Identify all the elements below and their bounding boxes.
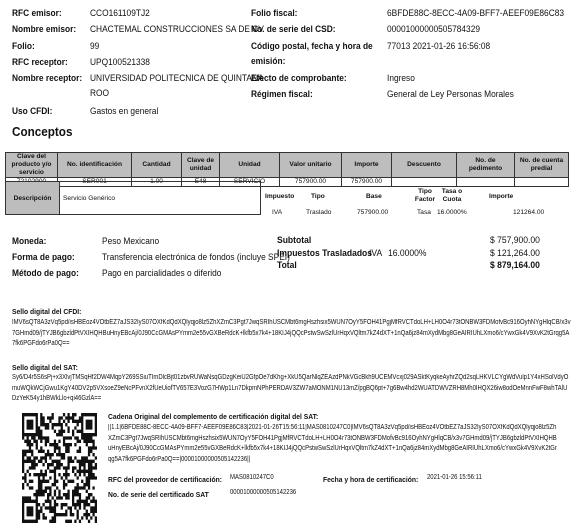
descripcion-label: Descripción (6, 182, 60, 214)
rfc-emisor-value: CCO161109TJ2 (90, 8, 150, 19)
sello-cfdi-label: Sello digital del CFDI: (12, 307, 81, 316)
folio-value: 99 (90, 41, 99, 52)
qr-code-icon (22, 413, 97, 523)
imp-h-base: Base (366, 193, 382, 200)
cell-cuenta-predial (515, 178, 569, 187)
imp-tipo: Traslado (306, 209, 331, 216)
rfc-emisor-label: RFC emisor: (12, 8, 62, 19)
sello-cfdi-value: IMV6sQT8A3zVq5pd/isHBEoz4VOtbEZ7aJS32IyS… (12, 318, 571, 350)
serie-csd-label: No. de serie del CSD: (251, 24, 336, 35)
imp-impuesto: IVA (272, 209, 282, 216)
imp-base: 757900.00 (357, 209, 388, 216)
impuestos-value: $ 121,264.00 (490, 248, 540, 259)
regimen-label: Régimen fiscal: (251, 89, 313, 100)
folio-label: Folio: (12, 41, 35, 52)
subtotal-value: $ 757,900.00 (490, 235, 540, 246)
nombre-receptor-value-line2: ROO (90, 88, 109, 99)
col-no-pedimento: No. de pedimento (457, 153, 515, 178)
imp-h-impuesto: Impuesto (265, 193, 294, 200)
imp-h-importe: Importe (489, 193, 513, 200)
subtotal-label: Subtotal (277, 235, 311, 246)
col-importe: Importe (342, 153, 392, 178)
cell-no-pedimento (457, 178, 515, 187)
nombre-receptor-value: UNIVERSIDAD POLITECNICA DE QUINTANA (90, 73, 264, 84)
col-valor-unitario: Valor unitario (280, 153, 342, 178)
descripcion-value: Servicio Genérico (63, 182, 115, 214)
cadena-original-label: Cadena Original del complemento de certi… (108, 412, 318, 421)
nombre-emisor-label: Nombre emisor: (12, 24, 76, 35)
uso-cfdi-label: Uso CFDI: (12, 106, 52, 117)
imp-h-tipo: Tipo (311, 193, 325, 200)
cell-importe: 757900.00 (342, 178, 392, 187)
forma-pago-value: Transferencia electrónica de fondos (inc… (102, 252, 290, 263)
serie-csd-value: 00001000000505784329 (387, 24, 480, 35)
imp-h-tipo-factor: Tipo Factor (414, 188, 436, 204)
impuestos-tasa: 16.0000% (388, 248, 427, 259)
cell-valor-unitario: 757900.00 (280, 178, 342, 187)
rfc-receptor-label: RFC receptor: (12, 57, 68, 68)
efecto-value: Ingreso (387, 73, 415, 84)
moneda-label: Moneda: (12, 236, 46, 247)
metodo-pago-label: Método de pago: (12, 268, 79, 279)
nombre-receptor-label: Nombre receptor: (12, 73, 82, 84)
total-value: $ 879,164.00 (490, 260, 540, 271)
nombre-emisor-value: CHACTEMAL CONSTRUCCIONES SA DE CV (90, 24, 264, 35)
col-unidad: Unidad (220, 153, 280, 178)
col-no-identificacion: No. identificación (58, 153, 132, 178)
rfc-proveedor-label: RFC del proveedor de certificación: (108, 475, 222, 484)
imp-tasa: 16.0000% (437, 209, 467, 216)
uso-cfdi-value: Gastos en general (90, 106, 158, 117)
impuestos-label: Impuestos Trasladados (277, 248, 372, 259)
impuestos-tipo: IVA (369, 248, 382, 259)
moneda-value: Peso Mexicano (102, 236, 159, 247)
imp-h-tasa: Tasa o Cuota (438, 188, 466, 204)
folio-fiscal-value: 6BFDE88C-8ECC-4A09-BFF7-AEEF09E86C83 (387, 8, 564, 19)
sello-sat-label: Sello digital del SAT: (12, 363, 78, 372)
regimen-value: General de Ley Personas Morales (387, 89, 514, 100)
fecha-certificacion-label: Fecha y hora de certificación: (323, 475, 418, 484)
descripcion-box: Descripción Servicio Genérico (5, 181, 261, 215)
cp-fecha-label-line2: emisión: (251, 56, 285, 67)
conceptos-header-row: Clave del producto y/o servicio No. iden… (6, 153, 569, 178)
col-clave-producto: Clave del producto y/o servicio (6, 153, 58, 178)
imp-tipo-factor: Tasa (417, 209, 431, 216)
col-cantidad: Cantidad (132, 153, 182, 178)
imp-importe: 121264.00 (513, 209, 544, 216)
col-descuento: Descuento (392, 153, 457, 178)
rfc-proveedor-value: MAS0810247C0 (230, 473, 274, 484)
fecha-certificacion-value: 2021-01-26 15:56:11 (427, 473, 482, 484)
total-label: Total (277, 260, 297, 271)
folio-fiscal-label: Folio fiscal: (251, 8, 297, 19)
col-clave-unidad: Clave de unidad (182, 153, 220, 178)
col-cuenta-predial: No. de cuenta predial (515, 153, 569, 178)
cp-fecha-label: Código postal, fecha y hora de (251, 41, 373, 52)
forma-pago-label: Forma de pago: (12, 252, 75, 263)
cadena-original-value: ||1.1|6BFDE88C-8ECC-4A09-BFF7-AEEF09E86C… (108, 423, 559, 465)
cell-descuento (392, 178, 457, 187)
serie-certificado-value: 00001000000505142236 (230, 488, 296, 499)
cp-fecha-value: 77013 2021-01-26 16:56:08 (387, 41, 490, 52)
metodo-pago-value: Pago en parcialidades o diferido (102, 268, 221, 279)
conceptos-title: Conceptos (12, 124, 72, 139)
sello-sat-value: Sy6/D4r5S6sPj+x3XlvjTMSqHf2DW4MqpY269SSi… (12, 373, 571, 405)
serie-certificado-label: No. de serie del certificado SAT (108, 490, 209, 499)
efecto-label: Efecto de comprobante: (251, 73, 347, 84)
rfc-receptor-value: UPQ100521338 (90, 57, 150, 68)
